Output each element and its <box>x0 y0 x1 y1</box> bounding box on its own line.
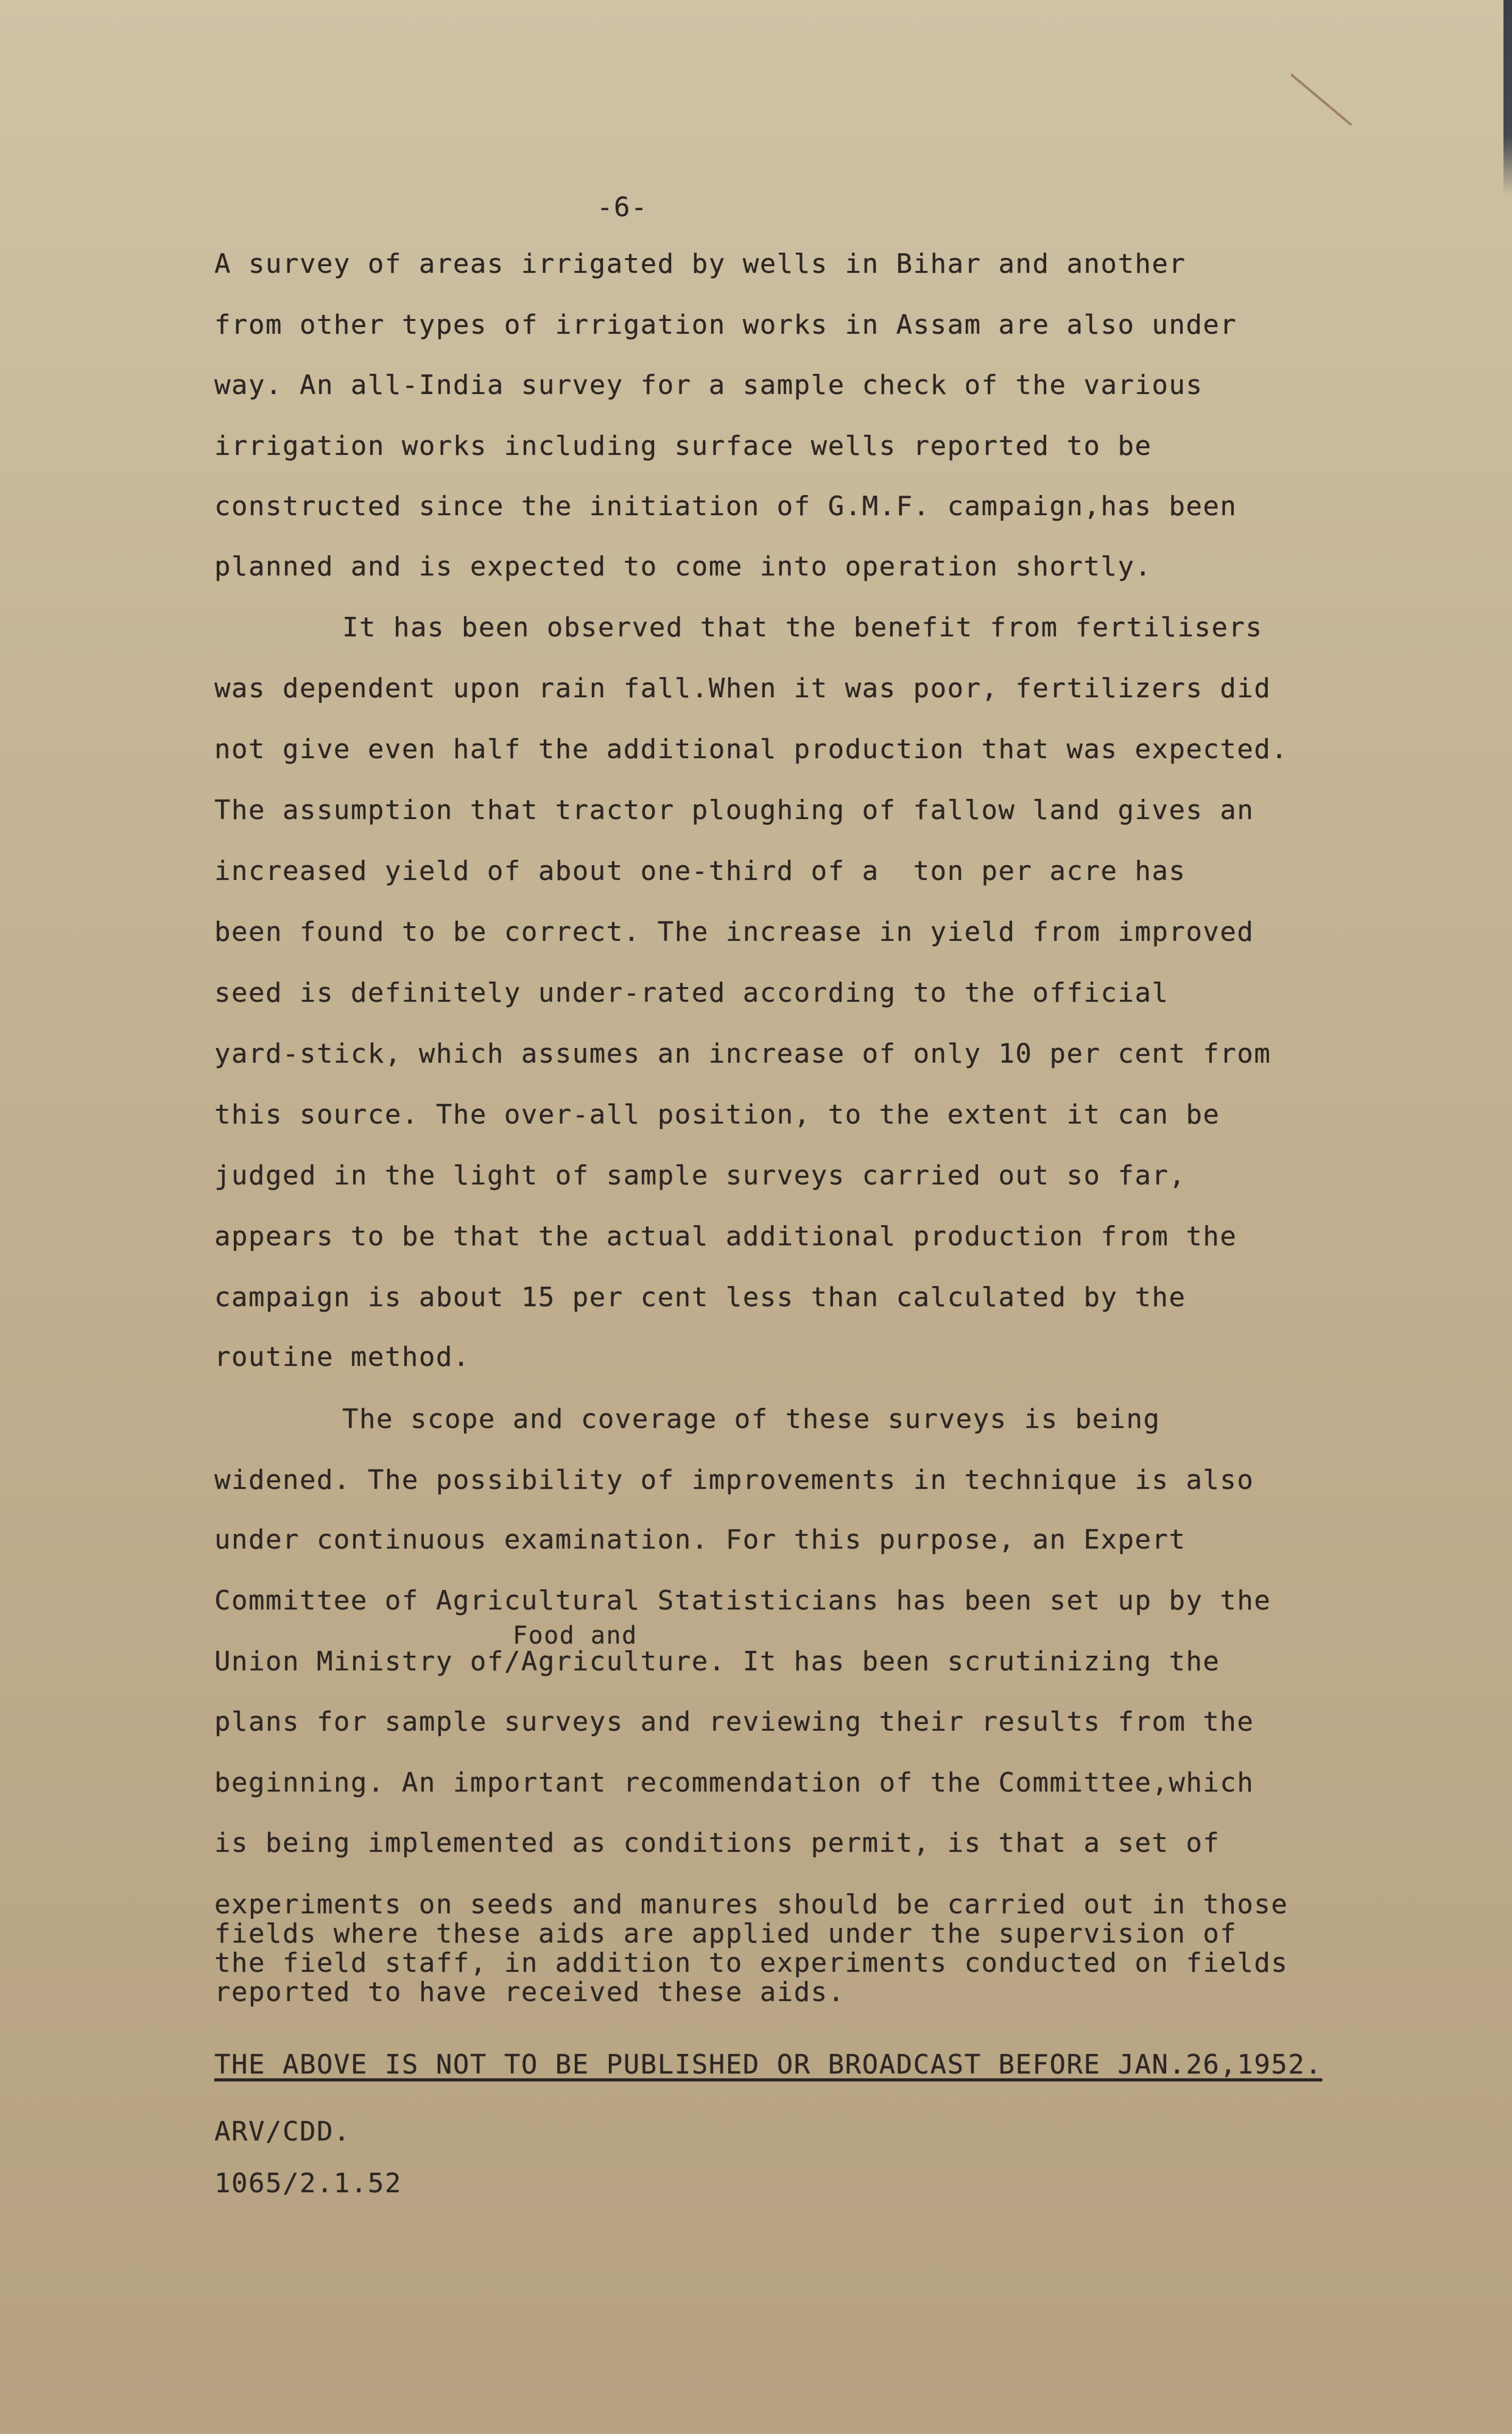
paragraph-2-line-12: campaign is about 15 per cent less than … <box>214 1282 1186 1313</box>
paragraph-2-line-8: yard-stick, which assumes an increase of… <box>214 1038 1271 1069</box>
paper-crease-mark <box>1290 73 1352 126</box>
paragraph-2-line-13: routine method. <box>214 1342 470 1373</box>
paragraph-1-line-4: irrigation works including surface wells… <box>214 431 1152 462</box>
paragraph-3-line-10: fields where these aids are applied unde… <box>214 1918 1237 1949</box>
paragraph-3-line-3: under continuous examination. For this p… <box>214 1524 1186 1555</box>
paragraph-1-line-6: planned and is expected to come into ope… <box>214 551 1152 582</box>
paragraph-2-line-11: appears to be that the actual additional… <box>214 1221 1237 1252</box>
paragraph-1-line-5: constructed since the initiation of G.M.… <box>214 491 1237 522</box>
paragraph-3-line-1: The scope and coverage of these surveys … <box>342 1404 1161 1435</box>
paragraph-1-line-2: from other types of irrigation works in … <box>214 309 1237 340</box>
paragraph-2-line-6: been found to be correct. The increase i… <box>214 916 1254 948</box>
paragraph-1-line-1: A survey of areas irrigated by wells in … <box>214 248 1186 280</box>
scanner-background-edge <box>1503 0 1512 195</box>
paragraph-3-line-7: beginning. An important recommendation o… <box>214 1767 1254 1798</box>
paragraph-3-line-2: widened. The possibility of improvements… <box>214 1465 1254 1496</box>
paragraph-3-line-4: Committee of Agricultural Statisticians … <box>214 1585 1271 1616</box>
reference-initials: ARV/CDD. <box>214 2116 351 2147</box>
paragraph-3-line-5: Union Ministry of/Agriculture. It has be… <box>214 1646 1220 1677</box>
document-page: -6- A survey of areas irrigated by wells… <box>0 0 1512 2434</box>
paragraph-3-line-9: experiments on seeds and manures should … <box>214 1889 1288 1920</box>
reference-number: 1065/2.1.52 <box>214 2168 402 2199</box>
paragraph-2-line-7: seed is definitely under-rated according… <box>214 977 1169 1008</box>
paragraph-2-line-5: increased yield of about one-third of a … <box>214 856 1186 887</box>
paragraph-2-line-3: not give even half the additional produc… <box>214 734 1288 765</box>
paragraph-2-line-4: The assumption that tractor ploughing of… <box>214 795 1254 826</box>
paragraph-2-line-9: this source. The over-all position, to t… <box>214 1099 1220 1130</box>
paragraph-2-line-1: It has been observed that the benefit fr… <box>342 612 1262 643</box>
paragraph-3-line-12: reported to have received these aids. <box>214 1977 845 2008</box>
paragraph-1-line-3: way. An all-India survey for a sample ch… <box>214 370 1203 401</box>
paragraph-3-line-8: is being implemented as conditions permi… <box>214 1827 1220 1859</box>
embargo-notice: THE ABOVE IS NOT TO BE PUBLISHED OR BROA… <box>214 2049 1322 2080</box>
paragraph-2-line-2: was dependent upon rain fall.When it was… <box>214 673 1271 704</box>
page-number: -6- <box>597 192 648 223</box>
paragraph-3-line-6: plans for sample surveys and reviewing t… <box>214 1706 1254 1737</box>
paragraph-3-line-11: the field staff, in addition to experime… <box>214 1947 1288 1979</box>
paragraph-2-line-10: judged in the light of sample surveys ca… <box>214 1160 1186 1191</box>
